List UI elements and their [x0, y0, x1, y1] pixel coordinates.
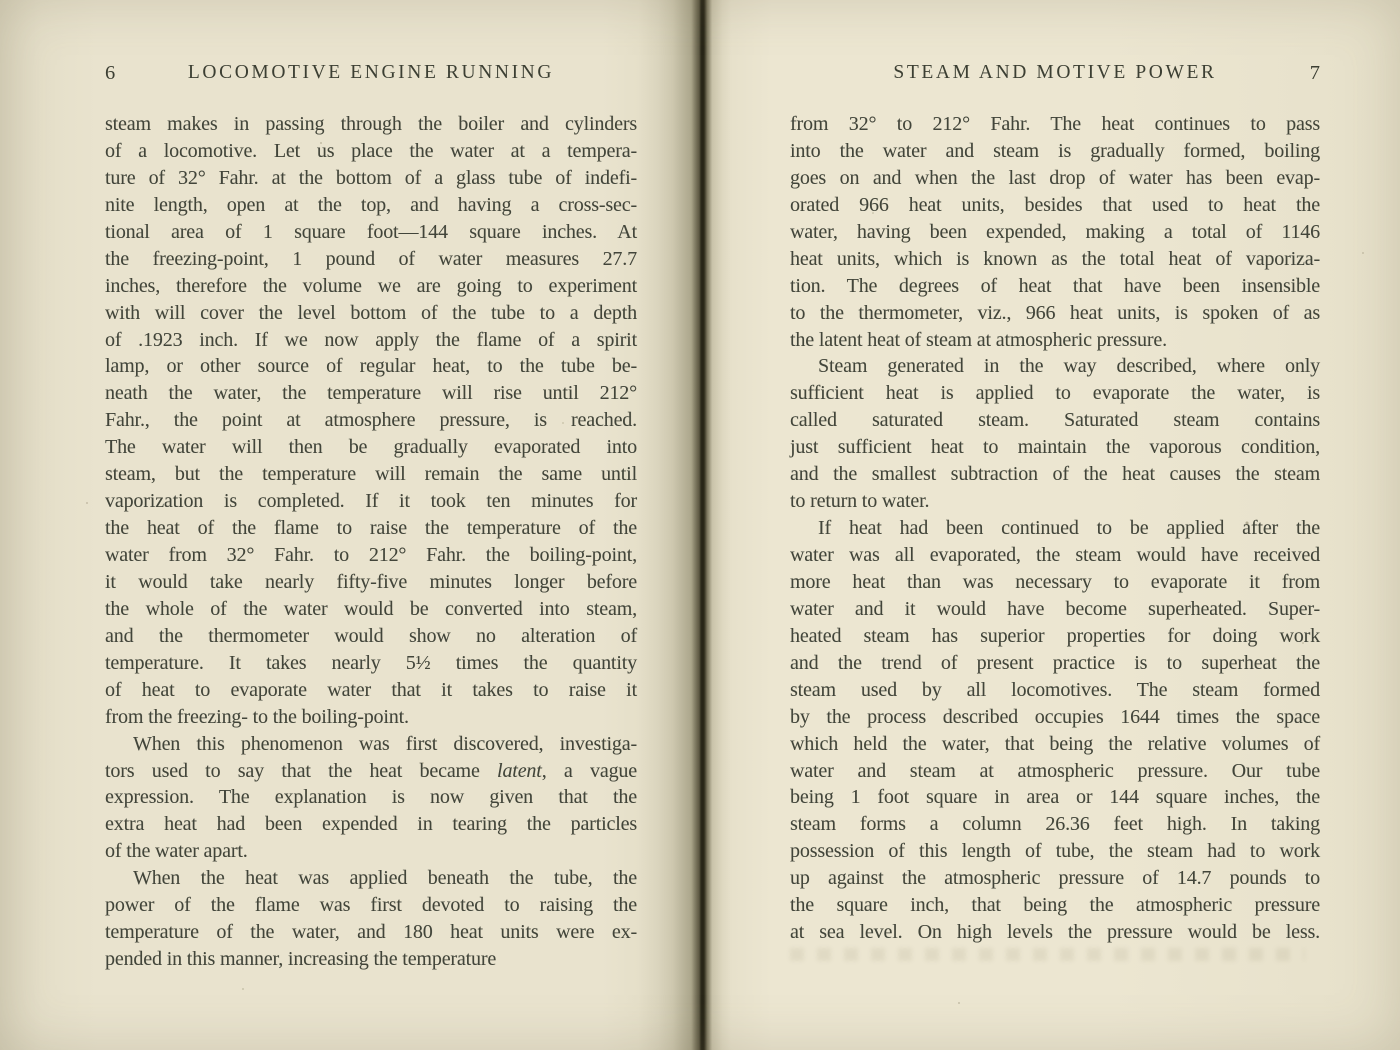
text-line: steam forms a column 26.36 feet high. In…	[790, 811, 1320, 838]
page-number-left: 6	[105, 62, 115, 85]
text-line: nite length, open at the top, and having…	[105, 192, 637, 219]
text-line: heated steam has superior properties for…	[790, 623, 1320, 650]
page-header-right: STEAM AND MOTIVE POWER 7	[790, 62, 1320, 88]
text-line: the freezing-point, 1 pound of water mea…	[105, 246, 637, 273]
text-line: the heat of the flame to raise the tempe…	[105, 515, 637, 542]
text-column-right: from 32° to 212° Fahr. The heat continue…	[790, 111, 1320, 946]
text-line: it would take nearly fifty-five minutes …	[105, 569, 637, 596]
text-line: water from 32° Fahr. to 212° Fahr. the b…	[105, 542, 637, 569]
text-line: goes on and when the last drop of water …	[790, 165, 1320, 192]
text-column-left: steam makes in passing through the boile…	[105, 111, 637, 973]
text-line: expression. The explanation is now given…	[105, 784, 637, 811]
text-line: up against the atmospheric pressure of 1…	[790, 865, 1320, 892]
text-line: steam used by all locomotives. The steam…	[790, 677, 1320, 704]
page-number-right: 7	[1310, 62, 1320, 85]
text-line: and the trend of present practice is to …	[790, 650, 1320, 677]
text-line: temperature of the water, and 180 heat u…	[105, 919, 637, 946]
text-line: temperature. It takes nearly 5½ times th…	[105, 650, 637, 677]
text-line: of a locomotive. Let us place the water …	[105, 138, 637, 165]
text-line: by the process described occupies 1644 t…	[790, 704, 1320, 731]
text-line: at sea level. On high levels the pressur…	[790, 919, 1320, 946]
text-line: power of the flame was first devoted to …	[105, 892, 637, 919]
text-line: which held the water, that being the rel…	[790, 731, 1320, 758]
text-line: When the heat was applied beneath the tu…	[105, 865, 637, 892]
text-line: the latent heat of steam at atmospheric …	[790, 327, 1320, 354]
page-right: STEAM AND MOTIVE POWER 7 from 32° to 212…	[700, 0, 1400, 1050]
text-line: extra heat had been expended in tearing …	[105, 811, 637, 838]
text-line: from 32° to 212° Fahr. The heat continue…	[790, 111, 1320, 138]
text-line: pended in this manner, increasing the te…	[105, 946, 637, 973]
text-line: to the thermometer, viz., 966 heat units…	[790, 300, 1320, 327]
text-line: heat units, which is known as the total …	[790, 246, 1320, 273]
text-line: and the thermometer would show no altera…	[105, 623, 637, 650]
text-line: water and steam at atmospheric pressure.…	[790, 758, 1320, 785]
text-line: tion. The degrees of heat that have been…	[790, 273, 1320, 300]
running-title-right: STEAM AND MOTIVE POWER	[790, 62, 1320, 84]
text-line: more heat than was necessary to evaporat…	[790, 569, 1320, 596]
text-line: neath the water, the temperature will ri…	[105, 380, 637, 407]
text-line: Steam generated in the way described, wh…	[790, 353, 1320, 380]
running-title-left: LOCOMOTIVE ENGINE RUNNING	[105, 62, 637, 84]
text-line: water, having been expended, making a to…	[790, 219, 1320, 246]
text-line: with will cover the level bottom of the …	[105, 300, 637, 327]
text-line: called saturated steam. Saturated steam …	[790, 407, 1320, 434]
text-line: water was all evaporated, the steam woul…	[790, 542, 1320, 569]
text-line: orated 966 heat units, besides that used…	[790, 192, 1320, 219]
text-line: If heat had been continued to be applied…	[790, 515, 1320, 542]
text-line: from the freezing- to the boiling-point.	[105, 704, 637, 731]
text-line: sufficient heat is applied to evaporate …	[790, 380, 1320, 407]
text-line: the square inch, that being the atmosphe…	[790, 892, 1320, 919]
text-line: of heat to evaporate water that it takes…	[105, 677, 637, 704]
text-line: water and it would have become superheat…	[790, 596, 1320, 623]
text-line: tors used to say that the heat became la…	[105, 758, 637, 785]
book-spread: 6 LOCOMOTIVE ENGINE RUNNING steam makes …	[0, 0, 1400, 1050]
text-line: the whole of the water would be converte…	[105, 596, 637, 623]
text-line: and the smallest subtraction of the heat…	[790, 461, 1320, 488]
text-line: The water will then be gradually evapora…	[105, 434, 637, 461]
text-line: being 1 foot square in area or 144 squar…	[790, 784, 1320, 811]
text-line: into the water and steam is gradually fo…	[790, 138, 1320, 165]
page-header-left: 6 LOCOMOTIVE ENGINE RUNNING	[105, 62, 637, 88]
text-line: of .1923 inch. If we now apply the flame…	[105, 327, 637, 354]
text-line: of the water apart.	[105, 838, 637, 865]
text-line: Fahr., the point at atmosphere pressure,…	[105, 407, 637, 434]
text-line: lamp, or other source of regular heat, t…	[105, 353, 637, 380]
text-line: ture of 32° Fahr. at the bottom of a gla…	[105, 165, 637, 192]
text-line: possession of this length of tube, the s…	[790, 838, 1320, 865]
text-line: vaporization is completed. If it took te…	[105, 488, 637, 515]
text-line: steam, but the temperature will remain t…	[105, 461, 637, 488]
text-line: just sufficient heat to maintain the vap…	[790, 434, 1320, 461]
text-line: When this phenomenon was first discovere…	[105, 731, 637, 758]
page-left: 6 LOCOMOTIVE ENGINE RUNNING steam makes …	[0, 0, 700, 1050]
text-line: to return to water.	[790, 488, 1320, 515]
text-line: steam makes in passing through the boile…	[105, 111, 637, 138]
text-line: tional area of 1 square foot—144 square …	[105, 219, 637, 246]
text-line: inches, therefore the volume we are goin…	[105, 273, 637, 300]
